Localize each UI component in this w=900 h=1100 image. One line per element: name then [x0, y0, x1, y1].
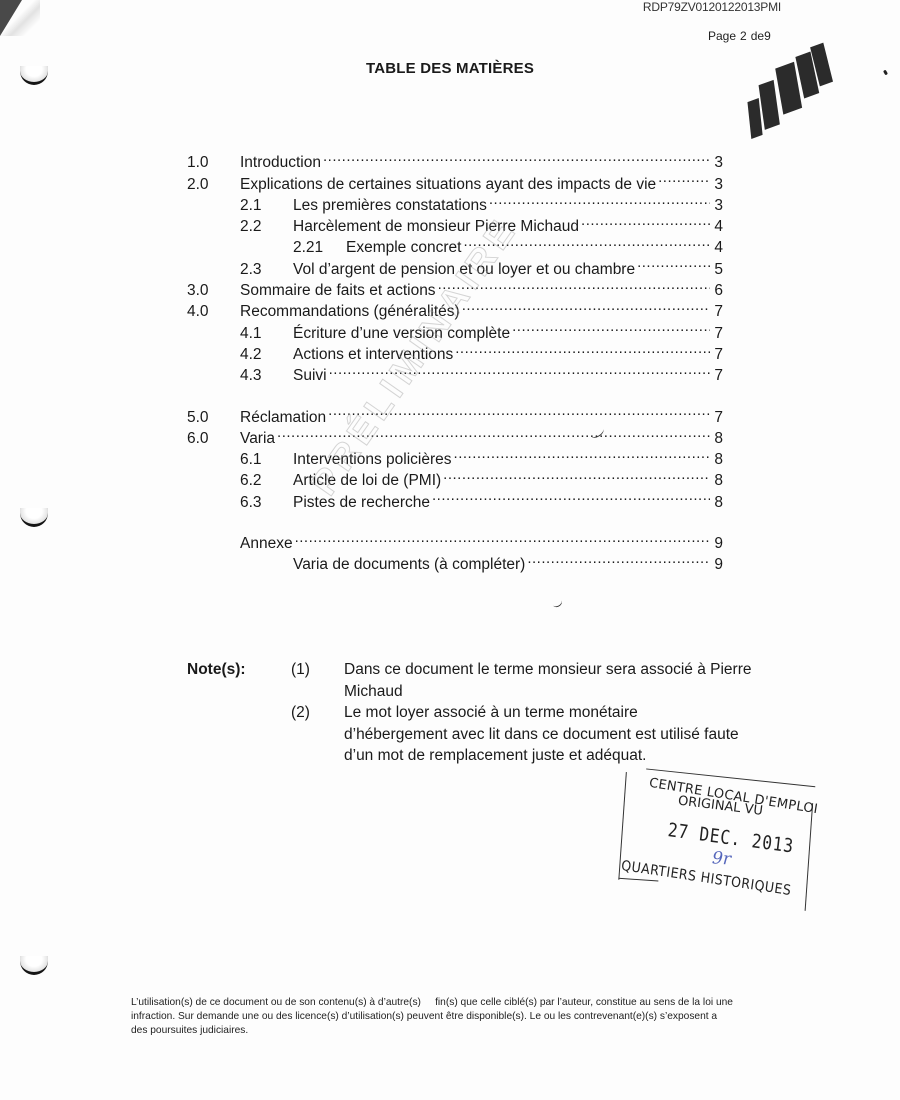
- toc-entry-number: 4.3: [240, 365, 293, 386]
- toc-dot-leader: [295, 527, 710, 548]
- note-text: Dans ce document le terme monsieur sera …: [344, 659, 784, 702]
- toc-dot-leader: [489, 189, 710, 210]
- toc-entry: 4.2Actions et interventions7: [187, 338, 723, 359]
- note-line: d’hébergement avec lit dans ce document …: [344, 724, 784, 746]
- toc-entry-page: 8: [710, 492, 723, 513]
- note-number: (1): [291, 659, 310, 681]
- note-text: Le mot loyer associé à un terme monétair…: [344, 702, 784, 767]
- toc-entry: 5.0Réclamation7: [187, 400, 723, 421]
- page-label: Page: [708, 29, 736, 43]
- toc-entry-number: 6.3: [240, 492, 293, 513]
- toc-entry: 2.1Les premières constatations3: [187, 189, 723, 210]
- page-total: 9: [764, 29, 771, 43]
- footer-line: L’utilisation(s) de ce document ou de so…: [131, 996, 771, 1010]
- hole-punch-bottom: [20, 956, 48, 975]
- table-of-contents: 1.0Introduction32.0Explications de certa…: [187, 146, 723, 569]
- note-line: Michaud: [344, 681, 784, 703]
- note-number: (2): [291, 702, 310, 724]
- page-of-label: de: [751, 29, 764, 43]
- toc-entry: 2.0Explications de certaines situations …: [187, 167, 723, 188]
- toc-entry: 6.1Interventions policières8: [187, 443, 723, 464]
- note-line: Le mot loyer associé à un terme monétair…: [344, 702, 784, 724]
- toc-dot-leader: [454, 443, 710, 464]
- page-number: Page2de9: [706, 29, 773, 43]
- toc-entry: 2.21Exemple concret4: [187, 231, 723, 252]
- toc-entry-page: 7: [710, 365, 723, 386]
- stamp-district: QUARTIERS HISTORIQUES: [620, 858, 792, 899]
- note-line: d’un mot de remplacement juste et adéqua…: [344, 745, 784, 767]
- toc-entry-title: Suivi: [293, 365, 329, 386]
- received-stamp: CENTRE LOCAL D'EMPLOI ORIGINAL VU 27 DEC…: [617, 770, 815, 911]
- toc-dot-leader: [443, 464, 710, 485]
- toc-entry: Varia de documents (à compléter)9: [187, 548, 723, 569]
- toc-entry: 4.3Suivi7: [187, 359, 723, 380]
- notes-label: Note(s):: [187, 659, 246, 681]
- toc-entry: Annexe9: [187, 527, 723, 548]
- toc-entry: 6.0Varia8: [187, 422, 723, 443]
- toc-entry: 6.3Pistes de recherche8: [187, 485, 723, 506]
- toc-entry: 6.2Article de loi de (PMI)8: [187, 464, 723, 485]
- footer-line: des poursuites judiciaires.: [131, 1024, 771, 1038]
- toc-entry-title: Pistes de recherche: [293, 492, 432, 513]
- toc-dot-leader: [527, 548, 710, 569]
- toc-entry-title: Varia de documents (à compléter): [293, 554, 527, 575]
- hole-punch-middle: [20, 508, 48, 527]
- stamp-initials: 9r: [711, 848, 731, 869]
- toc-dot-leader: [512, 316, 710, 337]
- toc-dot-leader: [323, 146, 710, 167]
- toc-entry: 1.0Introduction3: [187, 146, 723, 167]
- note-line: Dans ce document le terme monsieur sera …: [344, 659, 784, 681]
- toc-dot-leader: [462, 295, 710, 316]
- document-reference: RDP79ZV0120122013PMI: [643, 0, 781, 14]
- toc-dot-leader: [637, 252, 710, 273]
- folded-corner-shadow: [0, 0, 22, 36]
- toc-entry: 2.2Harcèlement de monsieur Pierre Michau…: [187, 210, 723, 231]
- page-title: TABLE DES MATIÈRES: [0, 60, 900, 77]
- legal-footer: L’utilisation(s) de ce document ou de so…: [131, 996, 771, 1038]
- toc-dot-leader: [455, 338, 710, 359]
- toc-dot-leader: [432, 485, 710, 506]
- toc-entry-page: 9: [710, 554, 723, 575]
- pen-mark: [550, 596, 563, 609]
- toc-dot-leader: [658, 167, 710, 188]
- footer-line: infraction. Sur demande une ou des licen…: [131, 1010, 771, 1024]
- scanned-page: RDP79ZV0120122013PMI Page2de9 TABLE DES …: [0, 0, 900, 1100]
- page-current: 2: [740, 29, 747, 43]
- toc-dot-leader: [581, 210, 710, 231]
